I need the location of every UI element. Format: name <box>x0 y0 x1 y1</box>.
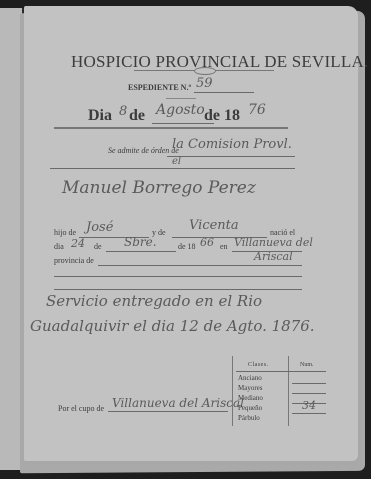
dia-label: Dia <box>88 107 112 125</box>
month-value: Agosto <box>156 102 205 118</box>
de18-label: de 18 <box>178 242 196 251</box>
expediente-rule <box>194 92 254 93</box>
note-line-2: Guadalquivir el dia 12 de Agto. 1876. <box>30 317 315 335</box>
row-value-pequeno: 34 <box>302 399 316 412</box>
admite-rule-2 <box>50 168 295 169</box>
birth-day: 24 <box>71 237 85 250</box>
clases-table: Clases. Num. Anciano Mayores Mediano Peq… <box>232 356 324 424</box>
birth-place-2: Ariscal <box>254 250 293 263</box>
year-label: de 18 <box>204 107 240 125</box>
expediente-value: 59 <box>196 76 213 91</box>
date-underline <box>54 127 288 129</box>
admite-value: la Comision Provl. <box>172 137 292 152</box>
birth-year: 66 <box>200 236 214 249</box>
cupo-rule <box>108 411 228 412</box>
dia-label-2: dia <box>54 242 64 251</box>
admite-value-2: el <box>172 156 181 167</box>
mother-value: Vicenta <box>189 218 239 233</box>
birth-place: Villanueva del <box>234 236 313 249</box>
year-value: 76 <box>248 102 266 118</box>
row-label-pequeno: Pequeño <box>238 404 262 412</box>
row-label-anciano: Anciano <box>238 374 262 382</box>
blank-rule-2 <box>54 289 302 290</box>
birth-month-rule <box>106 251 176 252</box>
hijo-label: hijo de <box>54 228 76 237</box>
header-clases: Clases. <box>248 362 269 368</box>
header-num: Num. <box>300 362 314 368</box>
admite-label: Se admite de órden de <box>108 146 179 155</box>
expediente-flourish <box>166 98 196 99</box>
header-rule <box>236 371 326 372</box>
row-rule <box>292 413 326 414</box>
admite-rule <box>167 156 295 157</box>
title-flourish-ornament <box>194 67 216 75</box>
de-label-2: de <box>94 242 102 251</box>
cupo-value: Villanueva del Ariscal <box>112 396 244 410</box>
father-value: José <box>86 220 113 235</box>
birth-month: Sbre. <box>124 235 157 249</box>
document-page: HOSPICIO PROVINCIAL DE SEVILLA. ESPEDIEN… <box>24 6 358 461</box>
cupo-label: Por el cupo de <box>58 404 104 413</box>
expediente-label: ESPEDIENTE N.º <box>128 83 191 92</box>
provincia-label: provincia de <box>54 256 94 265</box>
row-label-parbulo: Párbulo <box>238 414 260 422</box>
dia-de-label: de <box>129 107 145 125</box>
row-rule <box>292 393 326 394</box>
row-label-mayores: Mayores <box>238 384 263 392</box>
row-rule <box>292 383 326 384</box>
provincia-rule <box>98 265 302 266</box>
table-middle-border <box>288 356 289 426</box>
child-name: Manuel Borrego Perez <box>62 178 256 198</box>
row-label-mediano: Mediano <box>238 394 263 402</box>
dia-value: 8 <box>119 104 127 119</box>
blank-rule-1 <box>54 276 302 277</box>
en-label: en <box>220 242 228 251</box>
note-line-1: Servicio entregado en el Rio <box>46 292 262 310</box>
document-title: HOSPICIO PROVINCIAL DE SEVILLA. <box>71 52 368 72</box>
table-left-border <box>232 356 233 426</box>
